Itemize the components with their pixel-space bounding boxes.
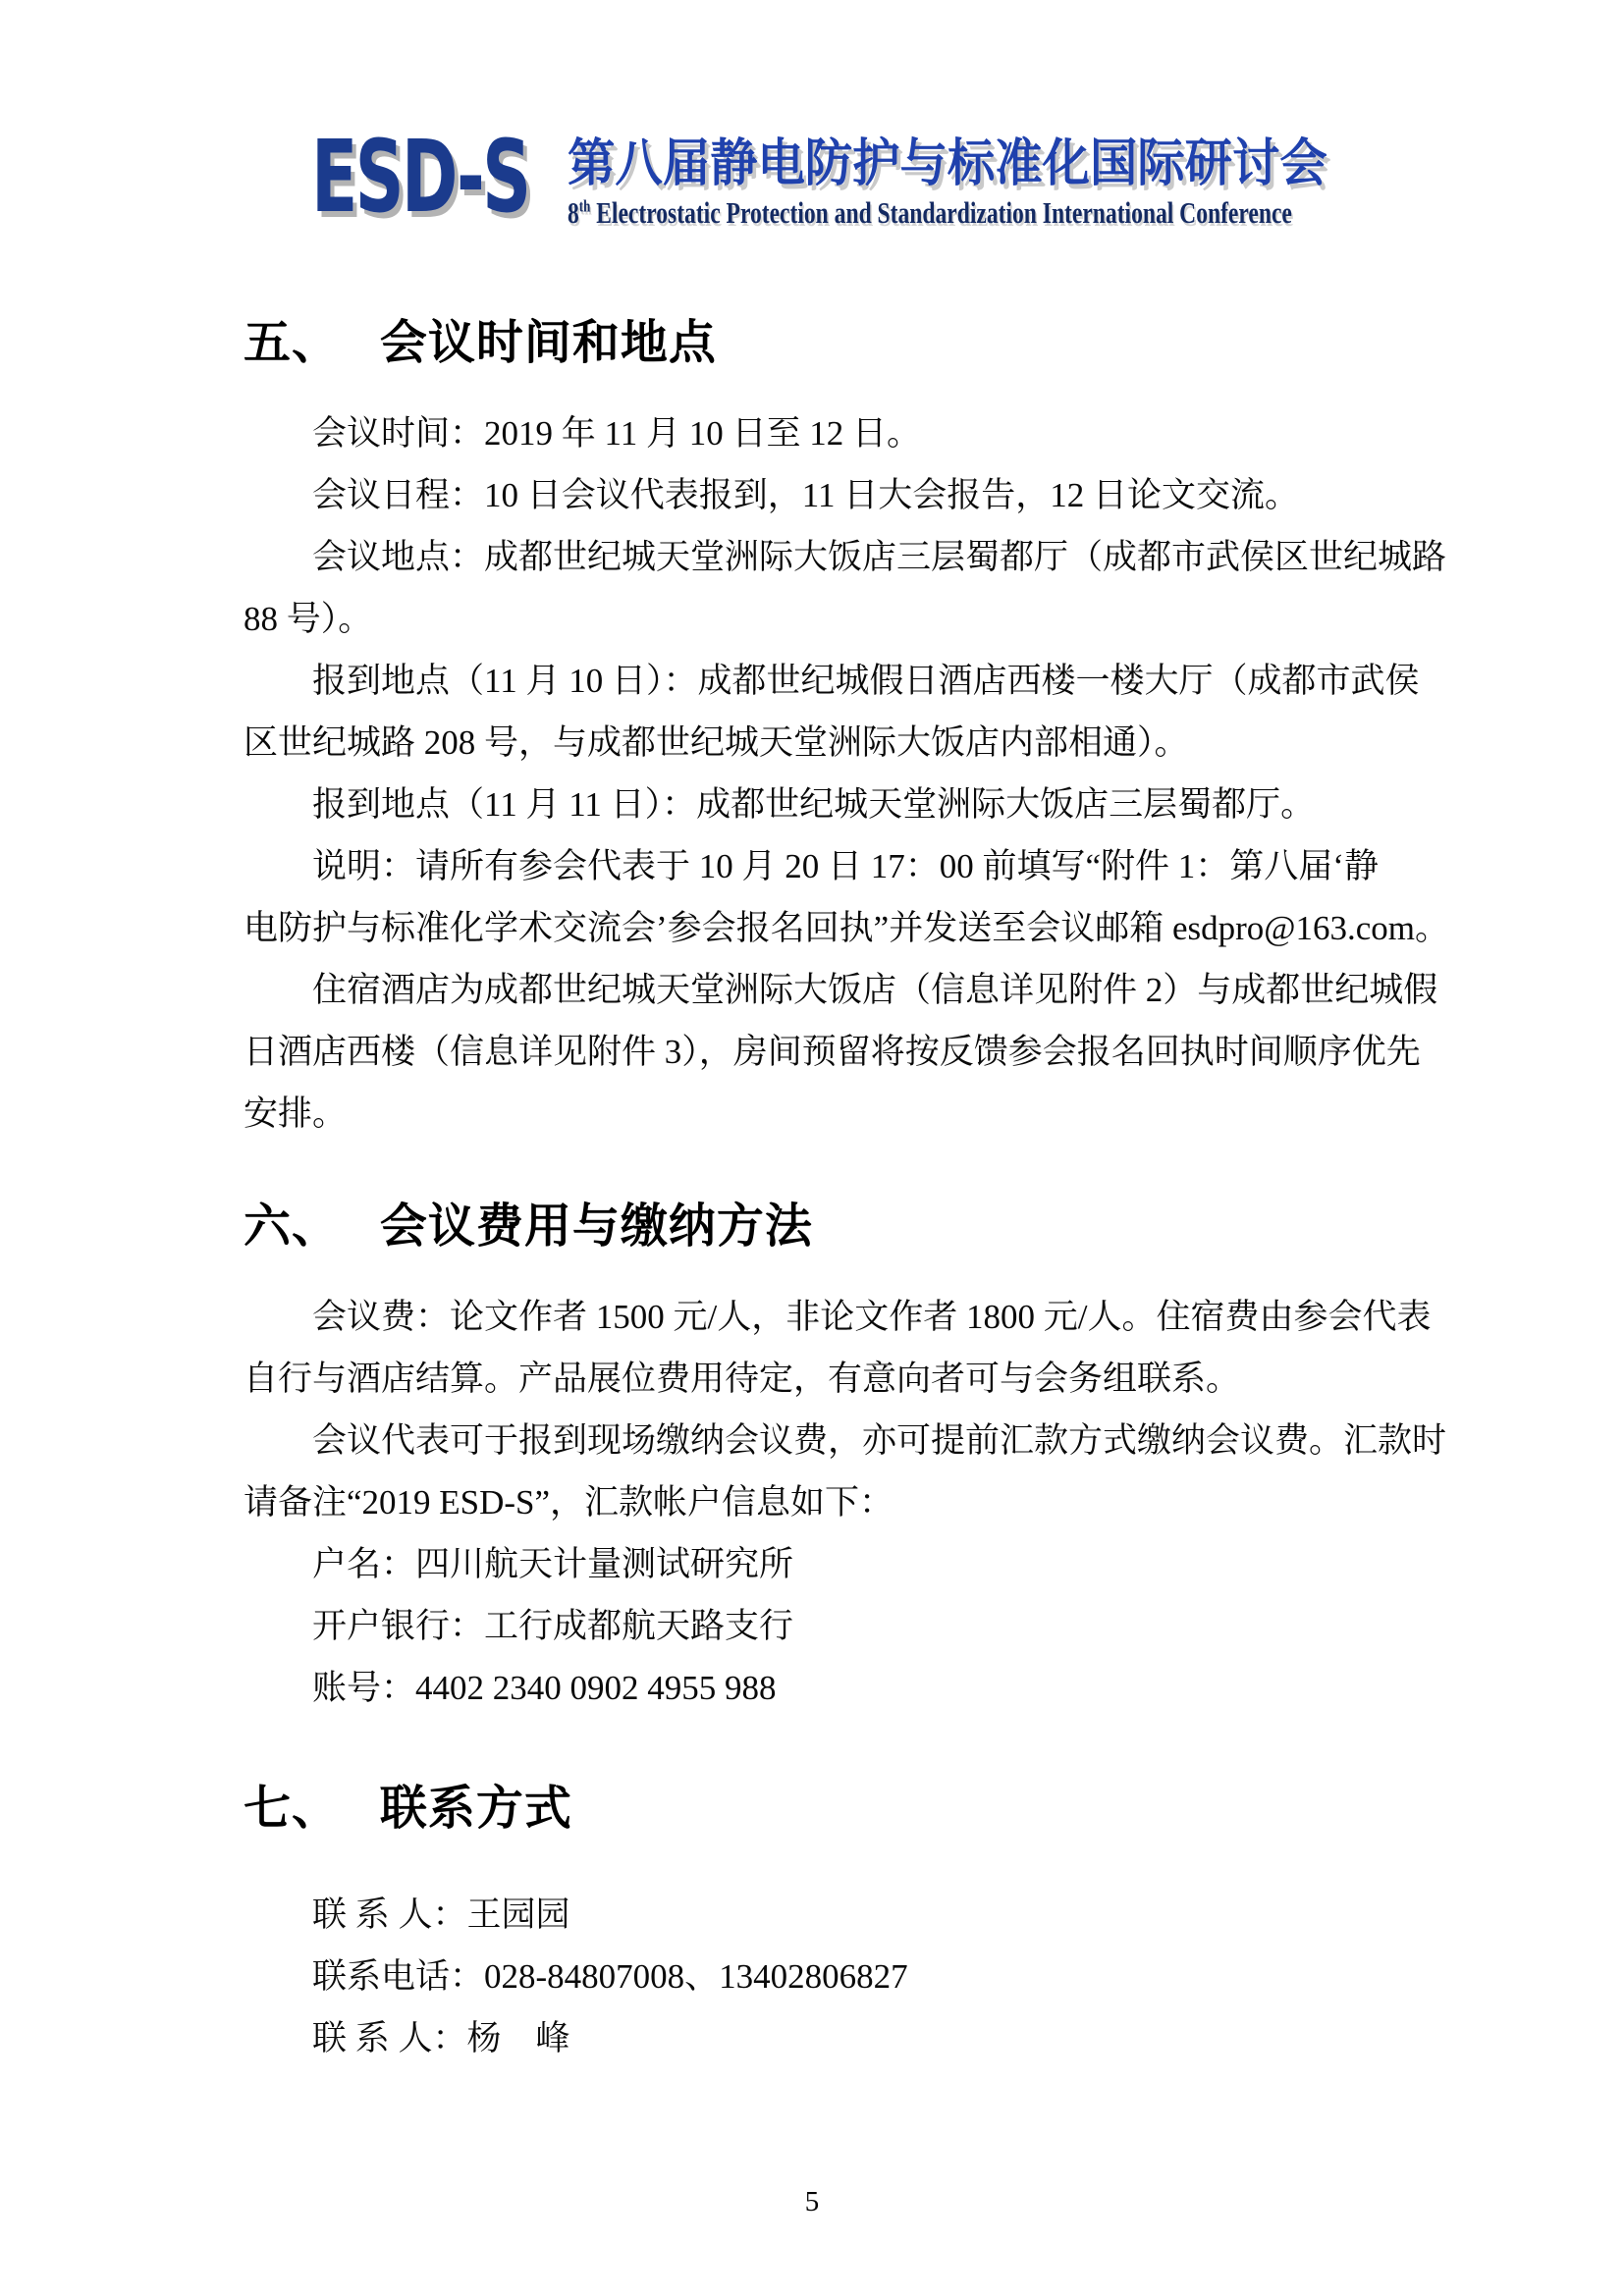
body-line: 联 系 人：杨 峰 <box>244 2007 1461 2069</box>
body-line: 88 号）。 <box>244 588 1461 650</box>
document-page: ESD-S 第八届静电防护与标准化国际研讨会 8th Electrostatic… <box>0 0 1624 2296</box>
header-titles: 第八届静电防护与标准化国际研讨会 8th Electrostatic Prote… <box>568 135 1521 231</box>
page-number: 5 <box>0 2185 1624 2218</box>
subtitle-text: Electrostatic Protection and Standardiza… <box>590 195 1292 230</box>
section-fees-payment: 六、会议费用与缴纳方法 会议费：论文作者 1500 元/人，非论文作者 1800… <box>244 1196 1461 1719</box>
section-title: 六、会议费用与缴纳方法 <box>244 1196 1461 1258</box>
section-title: 七、联系方式 <box>244 1778 1461 1841</box>
body-line: 日酒店西楼（信息详见附件 3），房间预留将按反馈参会报名回执时间顺序优先 <box>244 1021 1461 1083</box>
section-body: 会议费：论文作者 1500 元/人，非论文作者 1800 元/人。住宿费由参会代… <box>244 1286 1461 1719</box>
body-line: 开户银行：工行成都航天路支行 <box>244 1595 1461 1657</box>
body-line: 联系电话：028-84807008、13402806827 <box>244 1946 1461 2007</box>
section-meeting-time-location: 五、会议时间和地点 会议时间：2019 年 11 月 10 日至 12 日。会议… <box>244 312 1461 1145</box>
section-number: 五、 <box>244 317 340 369</box>
section-body: 会议时间：2019 年 11 月 10 日至 12 日。会议日程：10 日会议代… <box>244 402 1461 1145</box>
body-line: 会议费：论文作者 1500 元/人，非论文作者 1800 元/人。住宿费由参会代… <box>244 1286 1461 1348</box>
body-line: 会议日程：10 日会议代表报到，11 日大会报告，12 日论文交流。 <box>244 464 1461 526</box>
subtitle-ordinal: 8 <box>568 195 579 230</box>
body-line: 区世纪城路 208 号，与成都世纪城天堂洲际大饭店内部相通）。 <box>244 712 1461 774</box>
body-line: 会议时间：2019 年 11 月 10 日至 12 日。 <box>244 402 1461 464</box>
body-line: 住宿酒店为成都世纪城天堂洲际大饭店（信息详见附件 2）与成都世纪城假 <box>244 959 1461 1021</box>
conference-subtitle-en: 8th Electrostatic Protection and Standar… <box>568 195 1292 231</box>
section-title-text: 会议时间和地点 <box>380 317 717 369</box>
section-number: 七、 <box>244 1783 340 1835</box>
document-body: 五、会议时间和地点 会议时间：2019 年 11 月 10 日至 12 日。会议… <box>244 312 1461 2069</box>
section-contact-info: 七、联系方式 联 系 人：王园园联系电话：028-84807008、134028… <box>244 1778 1461 2069</box>
body-line: 会议代表可于报到现场缴纳会议费，亦可提前汇款方式缴纳会议费。汇款时 <box>244 1410 1461 1471</box>
body-line: 说明：请所有参会代表于 10 月 20 日 17：00 前填写“附件 1：第八届… <box>244 835 1461 897</box>
body-line: 报到地点（11 月 10 日）：成都世纪城假日酒店西楼一楼大厅（成都市武侯 <box>244 650 1461 712</box>
esd-s-logo: ESD-S <box>311 128 528 228</box>
section-title-text: 联系方式 <box>380 1783 572 1835</box>
body-line: 会议地点：成都世纪城天堂洲际大饭店三层蜀都厅（成都市武侯区世纪城路 <box>244 526 1461 588</box>
conference-title-zh: 第八届静电防护与标准化国际研讨会 <box>568 135 1454 192</box>
body-line: 安排。 <box>244 1083 1461 1145</box>
body-line: 请备注“2019 ESD-S”，汇款帐户信息如下： <box>244 1471 1461 1533</box>
body-line: 电防护与标准化学术交流会’参会报名回执”并发送至会议邮箱 esdpro@163.… <box>244 897 1461 959</box>
section-title: 五、会议时间和地点 <box>244 312 1461 375</box>
body-line: 户名：四川航天计量测试研究所 <box>244 1533 1461 1595</box>
body-line: 自行与酒店结算。产品展位费用待定，有意向者可与会务组联系。 <box>244 1348 1461 1410</box>
body-line: 联 系 人：王园园 <box>244 1884 1461 1946</box>
subtitle-ordinal-suffix: th <box>579 197 591 216</box>
body-line: 账号：4402 2340 0902 4955 988 <box>244 1657 1461 1719</box>
body-line: 报到地点（11 月 11 日）：成都世纪城天堂洲际大饭店三层蜀都厅。 <box>244 774 1461 835</box>
section-title-text: 会议费用与缴纳方法 <box>380 1201 813 1253</box>
conference-header: ESD-S 第八届静电防护与标准化国际研讨会 8th Electrostatic… <box>311 135 1431 243</box>
section-body: 联 系 人：王园园联系电话：028-84807008、13402806827联 … <box>244 1884 1461 2069</box>
section-number: 六、 <box>244 1201 340 1253</box>
